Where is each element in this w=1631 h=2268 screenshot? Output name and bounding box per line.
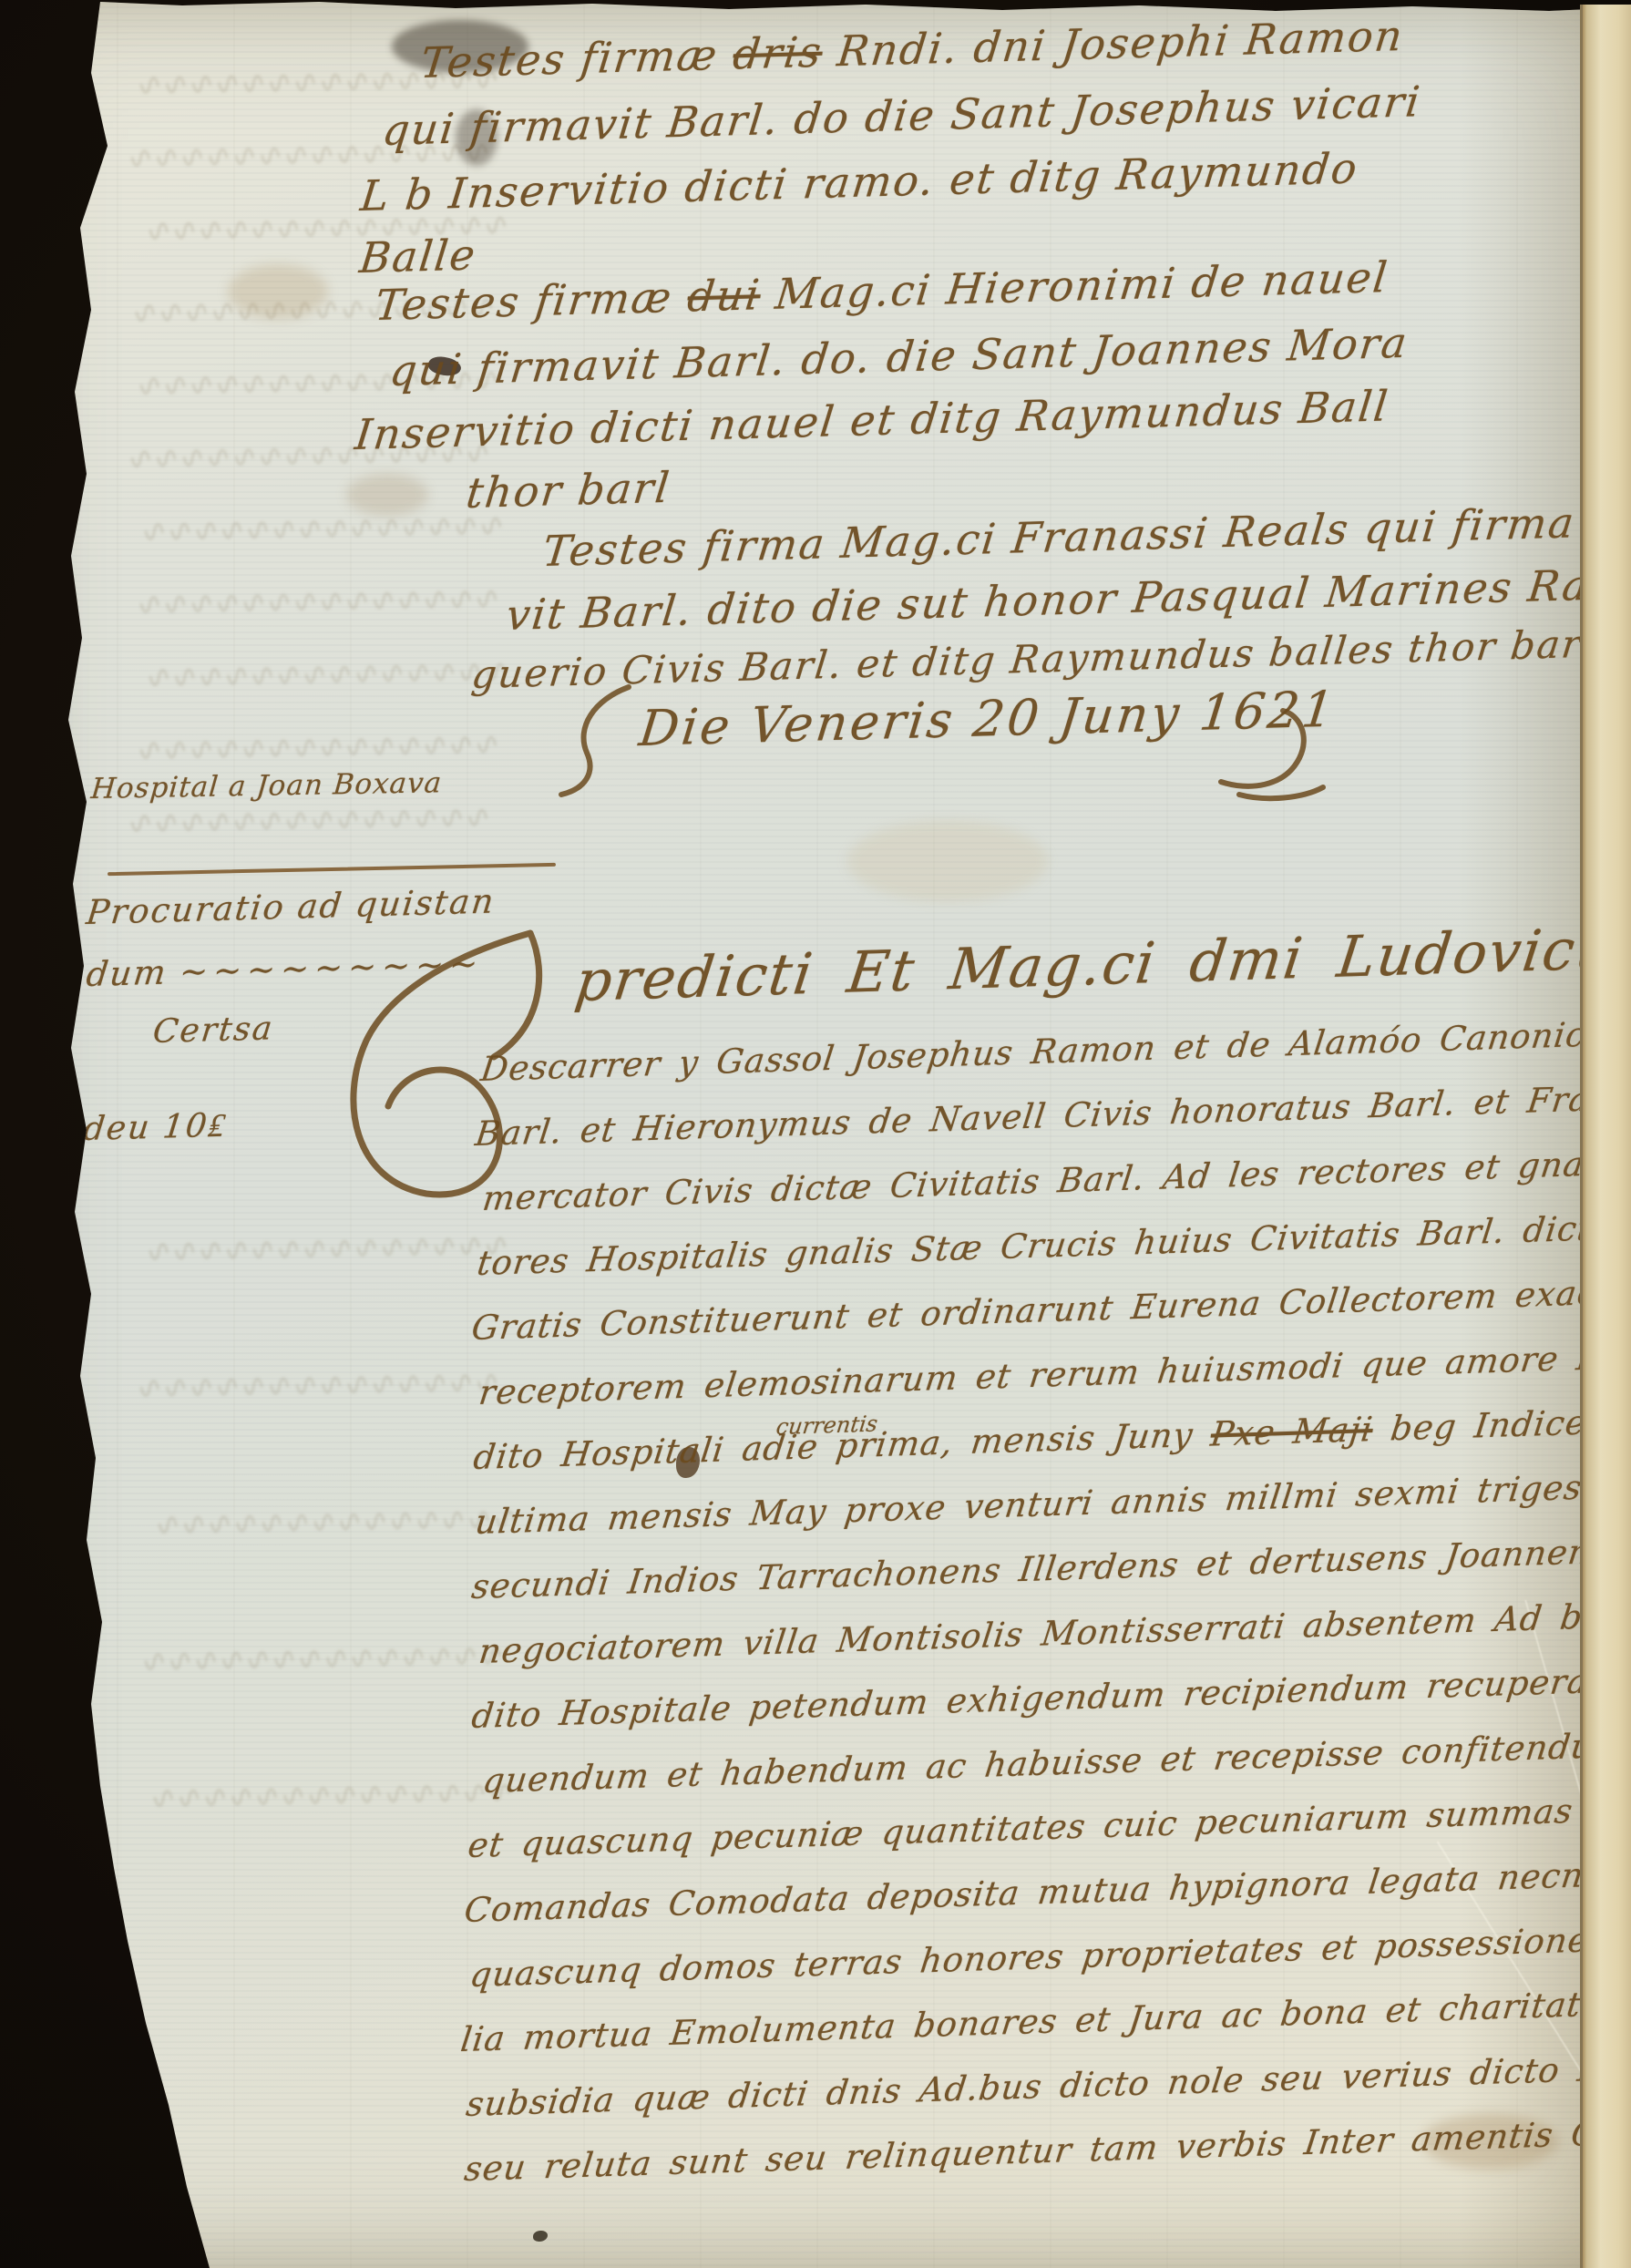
attestation1-line1-text: Testes firmæ — [418, 29, 736, 87]
attestation2-line1-rest: Mag.ci Hieronimi de nauel — [758, 252, 1391, 319]
margin-procuratio-word: dum — [85, 952, 169, 994]
bleedthrough-text: ∿∿∿∿∿∿∿∿∿∿∿∿∿∿ — [141, 508, 505, 550]
attestation1-line2: qui firmavit Barl. do die Sant Josephus … — [380, 77, 1424, 155]
deed-line12: dito Hospitale petendum exhigendum recip… — [469, 1655, 1631, 1736]
paper-stain — [847, 820, 1048, 902]
attestation2-line2: qui firmavit Barl. do. die Sant Joannes … — [387, 318, 1411, 395]
margin-place-note: Certsa — [151, 1010, 276, 1051]
attestation2-line1-text: Testes firmæ — [373, 272, 691, 330]
margin-rule — [108, 863, 556, 876]
deed-line19: seu reluta sunt seu relinquentur tam ver… — [462, 2109, 1631, 2189]
paper-stain — [346, 474, 428, 516]
attestation1-line3: L b Inservitio dicti ramo. et ditg Raymu… — [358, 143, 1361, 221]
attestation2-line3: Inservitio dicti nauel et ditg Raymundus… — [353, 381, 1391, 459]
struck-phrase: Pxe Maji — [1208, 1410, 1375, 1454]
deed-line10: secundi Indios Tarrachonens Illerdens et… — [469, 1527, 1631, 1606]
struck-word: dris — [731, 27, 826, 79]
fill-squiggle: ~~~~~~~~~ — [178, 944, 486, 991]
manuscript-scan: ∿∿∿∿∿∿∿∿∿∿∿∿∿∿ ∿∿∿∿∿∿∿∿∿∿∿∿∿∿ ∿∿∿∿∿∿∿∿∿∿… — [0, 0, 1631, 2268]
date-swash-left-icon — [549, 682, 640, 800]
date-heading: Die Veneris 20 Juny 1621 — [636, 681, 1339, 758]
bleedthrough-text: ∿∿∿∿∿∿∿∿∿∿∿∿∿∿ — [146, 653, 509, 696]
attestation1-line1-rest: Rndi. dni Josephi Ramon — [820, 11, 1407, 77]
margin-procuratio-line2: dum ~~~~~~~~~ — [85, 944, 486, 994]
bleedthrough-text: ∿∿∿∿∿∿∿∿∿∿∿∿∿∿ — [155, 1501, 518, 1544]
deed-line6: Gratis Constituerunt et ordinarunt Euren… — [469, 1268, 1631, 1349]
attestation2-line4: thor barl — [464, 463, 673, 518]
bleedthrough-text: ∿∿∿∿∿∿∿∿∿∿∿∿∿∿ — [141, 1637, 505, 1680]
bleedthrough-text: ∿∿∿∿∿∿∿∿∿∿∿∿∿∿ — [150, 1774, 514, 1817]
margin-hospital-note: Hospital a Joan Boxava — [89, 766, 443, 806]
margin-amount-note: deu 10₤ — [82, 1106, 229, 1149]
margin-procuratio-line1: Procuratio ad quistan — [85, 881, 498, 932]
bleedthrough-text: ∿∿∿∿∿∿∿∿∿∿∿∿∿∿ — [137, 580, 500, 623]
attestation1-line4: Balle — [357, 230, 479, 282]
paper-stain — [228, 264, 328, 319]
bleedthrough-text: ∿∿∿∿∿∿∿∿∿∿∿∿∿∿ — [137, 1364, 500, 1407]
page-fore-edge — [1580, 5, 1631, 2268]
bleedthrough-text: ∿∿∿∿∿∿∿∿∿∿∿∿∿∿ — [128, 799, 491, 842]
ink-blot — [533, 2231, 548, 2242]
attestation1-line1: Testes firmæ dris Rndi. dni Josephi Ramo… — [418, 11, 1407, 87]
attestation2-line1: Testes firmæ dui Mag.ci Hieronimi de nau… — [373, 252, 1391, 330]
bleedthrough-text: ∿∿∿∿∿∿∿∿∿∿∿∿∿∿ — [146, 1227, 509, 1270]
ink-blot — [95, 2039, 115, 2063]
bleedthrough-text: ∿∿∿∿∿∿∿∿∿∿∿∿∿∿ — [137, 726, 500, 769]
manuscript-page: ∿∿∿∿∿∿∿∿∿∿∿∿∿∿ ∿∿∿∿∿∿∿∿∿∿∿∿∿∿ ∿∿∿∿∿∿∿∿∿∿… — [0, 0, 1631, 2268]
deed-line15: Comandas Comodata deposita mutua hypigno… — [462, 1848, 1631, 1930]
deed-line17: lia mortua Emolumenta bonares et Jura ac… — [458, 1983, 1631, 2059]
struck-word: dui — [685, 270, 764, 321]
